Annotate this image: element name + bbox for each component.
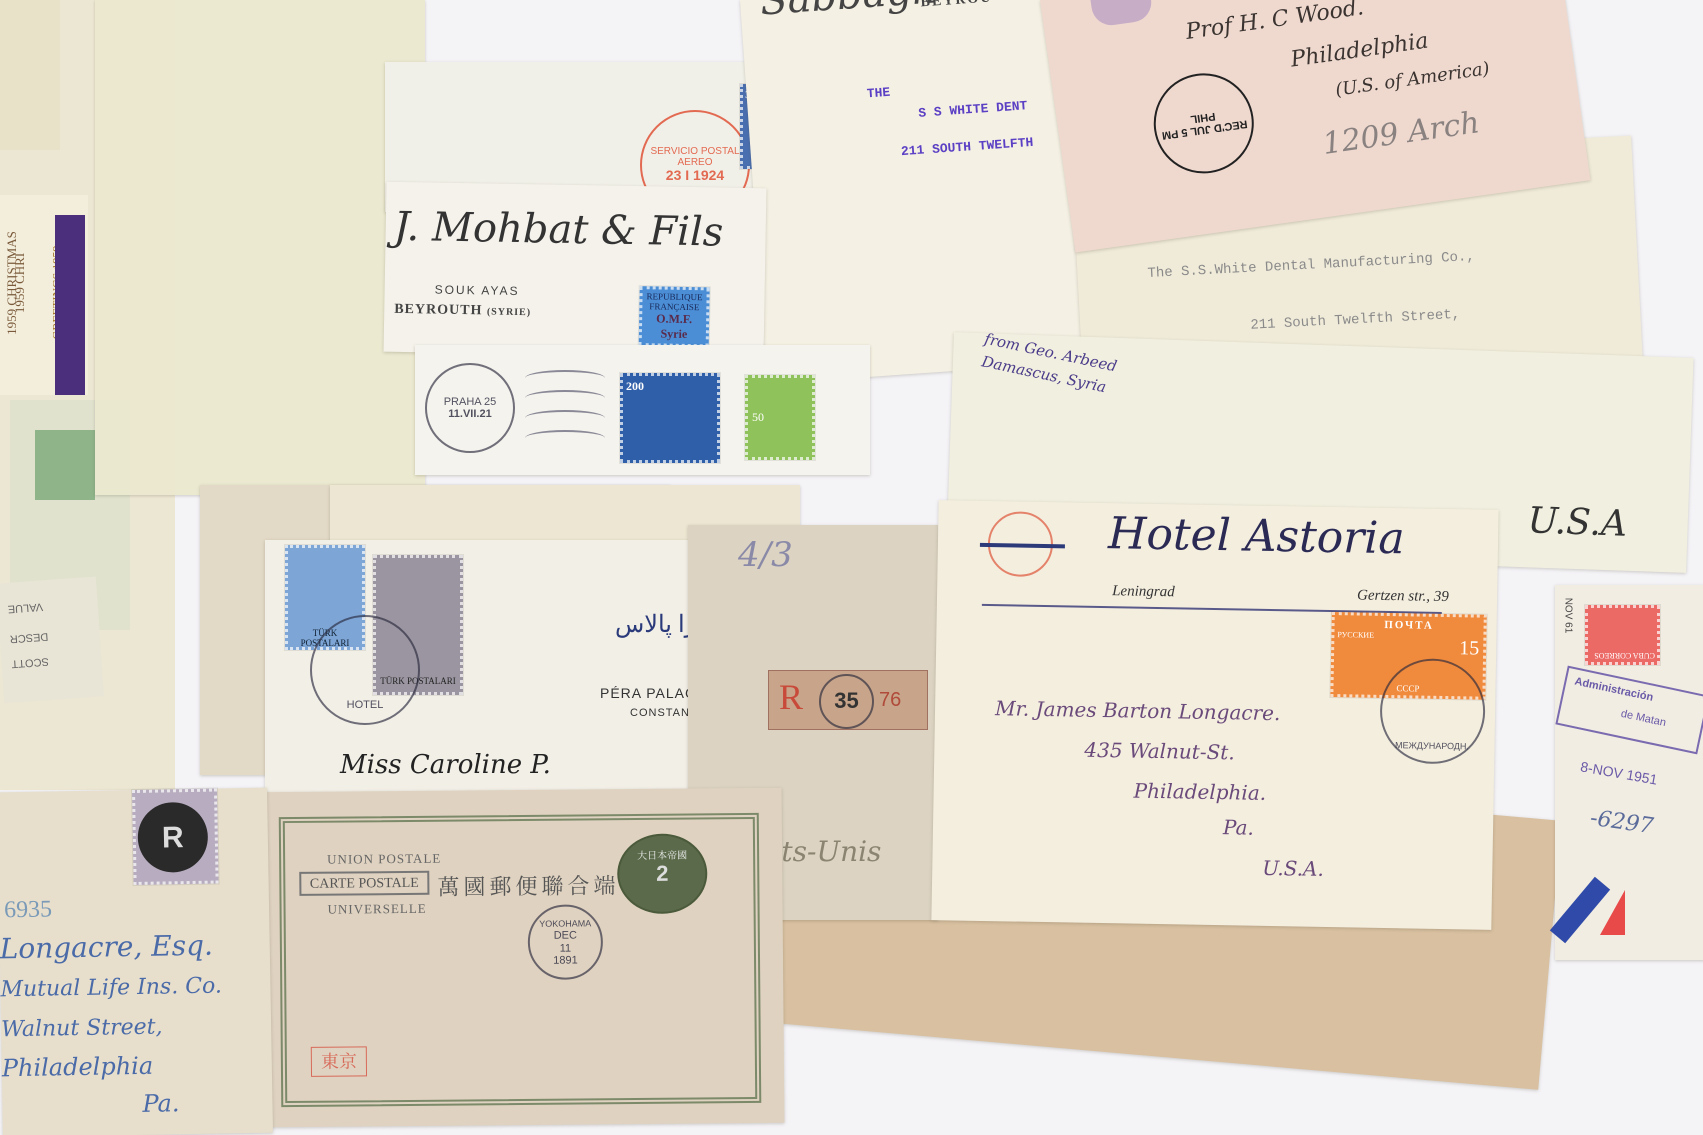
glassine-sheet <box>95 0 425 495</box>
red-seal: 東京 <box>311 1046 367 1076</box>
scott-label: VALUE DESCR SCOTT <box>0 577 104 704</box>
address-fragment: U.S.A <box>1527 500 1628 544</box>
machine-cancel <box>525 370 605 386</box>
purple-seals <box>55 215 85 395</box>
longacre-cover: R 6935 Longacre, Esq. Mutual Life Ins. C… <box>0 788 273 1135</box>
reg-number: 76 <box>879 689 901 712</box>
machine-cancel <box>525 410 605 426</box>
pera-palace-cover: TÜRK POSTALARI TÜRK POSTALARI HOTEL پرا … <box>265 540 705 810</box>
cuba-stamp: CUBA CORREOS <box>1585 605 1660 665</box>
address-line: 1209 Arch <box>1320 105 1481 162</box>
union-postale: UNION POSTALE <box>327 851 441 868</box>
addressee-line: 211 SOUTH TWELFTH <box>900 135 1033 159</box>
address-line: Mutual Life Ins. Co. <box>0 973 222 1002</box>
label-text: SCOTT <box>11 655 49 670</box>
address-line: 435 Walnut-St. <box>1084 738 1235 765</box>
violet-cancel <box>1090 0 1154 28</box>
address-line: Walnut Street, <box>1 1015 163 1043</box>
czech-stamp-200: 200 <box>620 373 720 463</box>
hotel-name: PÉRA PALAC <box>600 685 696 701</box>
addressee-line: THE <box>866 85 890 102</box>
hotel-title: Hotel Astoria <box>1108 508 1405 564</box>
machine-cancel <box>525 390 605 406</box>
logo-bar <box>980 543 1065 548</box>
cuba-cover: CUBA CORREOS NOV 61 Administración de Ma… <box>1555 585 1703 960</box>
letterhead-line: BEYROUTH (SYRIE) <box>394 302 531 320</box>
label-text: VALUE <box>7 600 43 614</box>
mohbat-envelope: J. Mohbat & Fils SOUK AYAS BEYROUTH (SYR… <box>384 182 767 359</box>
soviet-postmark: МЕЖДУНАРОДН. <box>1379 658 1486 765</box>
admin-text: Administración <box>1573 675 1654 703</box>
addressee-line: S S WHITE DENT <box>918 98 1028 121</box>
pencil-note: 4/3 <box>738 535 793 575</box>
address-line: Longacre, Esq. <box>0 929 213 966</box>
christmas-seals-strip: 1959 CHRISTMAS 1959 CHRI GREETINGS 1959 <box>0 195 88 395</box>
addressee: Miss Caroline P. <box>340 750 551 780</box>
registration-label: R 35 76 <box>768 670 928 730</box>
letterhead-city: BEYROU <box>920 0 993 11</box>
carte-postale-banner: CARTE POSTALE <box>299 871 429 896</box>
french-syria-stamp: REPUBLIQUE FRANÇAISEO.M.F. Syrie <box>639 286 710 347</box>
address-line: Prof H. C Wood. <box>1184 0 1365 45</box>
handwritten-number: -6297 <box>1589 806 1655 840</box>
machine-cancel <box>525 430 605 446</box>
hotel-postmark: HOTEL <box>310 615 420 725</box>
address-line: Philadelphia. <box>1133 779 1266 805</box>
address-line: Philadelphia <box>2 1052 154 1083</box>
address-line: (U.S. of America) <box>1334 58 1491 100</box>
address-line: Mr. James Barton Longacre. <box>995 696 1281 725</box>
typed-line: 211 South Twelfth Street, <box>1250 307 1461 334</box>
admin-text: de Matan <box>1620 708 1667 729</box>
address-line: U.S.A. <box>1262 856 1324 881</box>
czech-stamp-50: 50 <box>745 375 815 460</box>
address-line: Pa. <box>142 1089 179 1118</box>
indicia: 2 <box>617 833 708 914</box>
reg-cancel: 35 <box>819 674 874 729</box>
address-line: Philadelphia <box>1289 28 1430 72</box>
typed-line: The S.S.White Dental Manufacturing Co., <box>1147 249 1475 282</box>
box-flap <box>0 0 60 150</box>
registered-stamp: R <box>132 789 219 885</box>
green-stamp <box>35 430 95 500</box>
globe-logo <box>987 511 1053 577</box>
hotel-city: Leningrad <box>1112 583 1175 601</box>
cuba-postmark: NOV 61 <box>1562 598 1573 634</box>
hotel-astoria-cover: Hotel Astoria Leningrad Gertzen str., 39… <box>931 500 1498 930</box>
label-text: DESCR <box>9 630 48 645</box>
address-line: Pa. <box>1223 815 1254 840</box>
letterhead-line: SOUK AYAS <box>435 283 520 298</box>
admin-handstamp: Administración de Matan <box>1555 666 1703 755</box>
czech-cover: PRAHA 2511.VII.21 200 50 <box>415 345 870 475</box>
carte-postale-text: CARTE POSTALE <box>310 876 419 892</box>
airmail-stripe-red <box>1600 890 1625 935</box>
receiving-postmark: REC'D JUL 5 PM PHIL <box>1147 67 1260 180</box>
japan-postcard: UNION POSTALE CARTE POSTALE UNIVERSELLE … <box>257 788 785 1128</box>
hotel-street: Gertzen str., 39 <box>1357 587 1449 606</box>
chinese-header: 萬國郵便聯合端書 <box>437 869 645 902</box>
seal-text: 1959 CHRI <box>12 253 28 313</box>
stamp-r-cancel: R <box>137 802 208 873</box>
reg-letter: R <box>779 676 803 718</box>
indicia-text: 大日本帝國 <box>637 847 687 862</box>
universelle: UNIVERSELLE <box>328 901 427 918</box>
cover-number: 6935 <box>4 896 52 924</box>
letterhead: J. Mohbat & Fils <box>393 204 723 256</box>
letterhead: Sabbagh <box>759 0 939 25</box>
praha-postmark: PRAHA 2511.VII.21 <box>425 363 515 453</box>
yokohama-postmark: YOKOHAMA DEC 11 1891 <box>528 904 604 980</box>
date-stamp: 8-NOV 1951 <box>1579 758 1658 787</box>
